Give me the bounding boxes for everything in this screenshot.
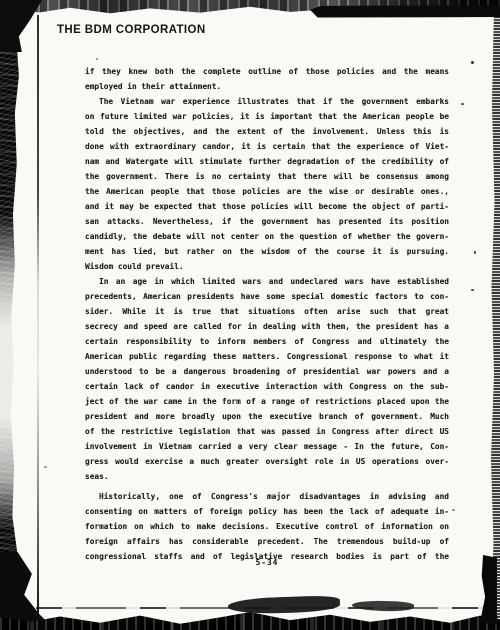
text-line: told the objectives, and the extent of t…	[85, 124, 449, 139]
text-line: the American people that those policies …	[85, 184, 449, 199]
scan-speck	[471, 61, 474, 64]
page-frame-left-line	[37, 15, 39, 613]
text-line: involvement in Vietnam carried a very cl…	[85, 439, 449, 454]
page-number: 5-34	[85, 558, 449, 567]
scan-artifact-right-edge	[490, 6, 500, 618]
scan-speck	[44, 466, 47, 468]
text-line: on future limited war policies, it is im…	[85, 109, 449, 124]
scan-speck	[471, 289, 474, 291]
text-line: The Vietnam war experience illustrates t…	[85, 94, 449, 109]
paragraph: In an age in which limited wars and unde…	[85, 274, 449, 484]
scan-artifact-bottom-left-corner	[0, 552, 55, 630]
letterhead-title: THE BDM CORPORATION	[57, 24, 206, 36]
text-line: of the restrictive legislation that was …	[85, 424, 449, 439]
scan-artifact-top-right-bar	[310, 4, 500, 19]
scan-smudge	[228, 595, 340, 615]
text-line: and it may be expected that those polici…	[85, 199, 449, 214]
text-line: san attacks. Nevertheless, if the govern…	[85, 214, 449, 229]
scan-speck	[461, 103, 464, 105]
page-body: if they knew both the complete outline o…	[85, 64, 449, 564]
text-line: understood to be a dangerous broadening …	[85, 364, 449, 379]
scan-smudge	[352, 600, 414, 612]
scan-speck	[96, 58, 98, 60]
text-line: president and more broadly upon the exec…	[85, 409, 449, 424]
text-line: precedents, American presidents have som…	[85, 289, 449, 304]
text-line: seas.	[85, 469, 449, 484]
text-line: American public regarding these matters.…	[85, 349, 449, 364]
text-line: Wisdom could prevail.	[85, 259, 449, 274]
scan-speck	[452, 509, 455, 511]
text-line: ject of the war came in the form of a ra…	[85, 394, 449, 409]
text-line: gress would exercise a much greater over…	[85, 454, 449, 469]
text-line: employed in their attainment.	[85, 79, 449, 94]
text-line: formation on which to make decisions. Ex…	[85, 519, 449, 534]
scan-speck	[474, 251, 476, 254]
text-line: consenting on matters of foreign policy …	[85, 504, 449, 519]
text-line: ment has lied, but rather on the wisdom …	[85, 244, 449, 259]
scan-artifact-left-edge	[0, 0, 27, 630]
text-line: nam and Watergate will stimulate further…	[85, 154, 449, 169]
paragraph: The Vietnam war experience illustrates t…	[85, 94, 449, 274]
text-line: certain responsibility to inform members…	[85, 334, 449, 349]
text-line: sider. While it is true that situations …	[85, 304, 449, 319]
text-line: secrecy and speed are called for in deal…	[85, 319, 449, 334]
paragraph: if they knew both the complete outline o…	[85, 64, 449, 94]
text-line: the government. There is no certainty th…	[85, 169, 449, 184]
scan-artifact-bottom-right-bar	[480, 555, 497, 625]
text-line: done with extraordinary candor, it is ce…	[85, 139, 449, 154]
scan-artifact-top-left-corner	[0, 0, 42, 52]
scan-artifact-bottom-edge	[0, 612, 500, 630]
text-line: candidly, the debate will not center on …	[85, 229, 449, 244]
paragraph: Historically, one of Congress's major di…	[85, 489, 449, 564]
text-line: In an age in which limited wars and unde…	[85, 274, 449, 289]
scanned-page: THE BDM CORPORATION if they knew both th…	[0, 0, 500, 630]
text-line: if they knew both the complete outline o…	[85, 64, 449, 79]
text-line: foreign affairs has considerable precede…	[85, 534, 449, 549]
text-line: Historically, one of Congress's major di…	[85, 489, 449, 504]
text-line: certain lack of candor in executive inte…	[85, 379, 449, 394]
